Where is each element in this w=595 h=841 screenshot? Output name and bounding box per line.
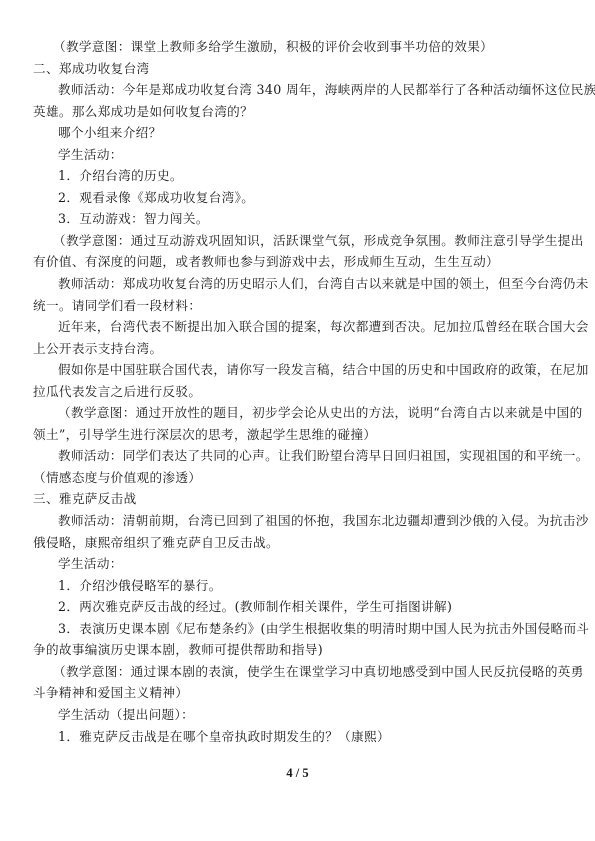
document-page: （教学意图：课堂上教师多给学生激励，积极的评价会收到事半功倍的效果） 二、郑成功… <box>0 0 595 841</box>
paragraph-line: 争的故事编演历史课本剧，教师可提供帮助和指导) <box>33 639 555 661</box>
paragraph-line: 哪个小组来介绍？ <box>33 122 555 144</box>
list-item: 3．互动游戏：智力闯关。 <box>33 208 555 230</box>
paragraph-line: 教师活动：今年是郑成功收复台湾 340 周年，海峡两岸的人民都举行了各种活动缅怀… <box>33 79 555 101</box>
list-item: 2．观看录像《郑成功收复台湾》。 <box>33 187 555 209</box>
paragraph-line: （情感态度与价值观的渗透） <box>33 467 555 489</box>
paragraph-line: 教师活动：郑成功收复台湾的历史昭示人们，台湾自古以来就是中国的领土，但至今台湾仍… <box>33 273 555 295</box>
paragraph-line: 上公开表示支持台湾。 <box>33 338 555 360</box>
list-item: 1．雅克萨反击战是在哪个皇帝执政时期发生的？（康熙） <box>33 726 555 748</box>
list-item: 1．介绍沙俄侵略军的暴行。 <box>33 575 555 597</box>
paragraph-line: 拉瓜代表发言之后进行反驳。 <box>33 381 555 403</box>
paragraph-line: 假如你是中国驻联合国代表，请你写一段发言稿，结合中国的历史和中国政府的政策，在尼… <box>33 359 555 381</box>
paragraph-line: （教学意图：通过开放性的题目，初步学会论从史出的方法，说明“台湾自古以来就是中国… <box>33 402 555 424</box>
paragraph-line: （教学意图：课堂上教师多给学生激励，积极的评价会收到事半功倍的效果） <box>33 36 555 58</box>
list-item: 2．两次雅克萨反击战的经过。(教师制作相关课件，学生可指图讲解) <box>33 596 555 618</box>
paragraph-line: 教师活动：清朝前期，台湾已回到了祖国的怀抱，我国东北边疆却遭到沙俄的入侵。为抗击… <box>33 510 555 532</box>
paragraph-line: （教学意图：通过课本剧的表演，使学生在课堂学习中真切地感受到中国人民反抗侵略的英… <box>33 661 555 683</box>
paragraph-line: 领土”，引导学生进行深层次的思考，激起学生思维的碰撞） <box>33 424 555 446</box>
paragraph-line: 统一。请同学们看一段材料： <box>33 295 555 317</box>
paragraph-line: 学生活动（提出问题）： <box>33 704 555 726</box>
paragraph-line: 英雄。那么郑成功是如何收复台湾的？ <box>33 101 555 123</box>
page-number: 4 / 5 <box>0 766 595 781</box>
section-heading: 三、雅克萨反击战 <box>33 488 555 510</box>
document-body: （教学意图：课堂上教师多给学生激励，积极的评价会收到事半功倍的效果） 二、郑成功… <box>33 36 555 747</box>
list-item: 1．介绍台湾的历史。 <box>33 165 555 187</box>
section-heading: 二、郑成功收复台湾 <box>33 58 555 80</box>
list-item: 3．表演历史课本剧《尼布楚条约》(由学生根据收集的明清时期中国人民为抗击外国侵略… <box>33 618 555 640</box>
paragraph-line: 俄侵略，康熙帝组织了雅克萨自卫反击战。 <box>33 532 555 554</box>
paragraph-line: 斗争精神和爱国主义精神） <box>33 682 555 704</box>
paragraph-line: 教师活动：同学们表达了共同的心声。让我们盼望台湾早日回归祖国，实现祖国的和平统一… <box>33 445 555 467</box>
paragraph-line: 有价值、有深度的问题，或者教师也参与到游戏中去，形成师生互动，生生互动） <box>33 251 555 273</box>
paragraph-line: 近年来，台湾代表不断提出加入联合国的提案，每次都遭到否决。尼加拉瓜曾经在联合国大… <box>33 316 555 338</box>
paragraph-line: （教学意图：通过互动游戏巩固知识，活跃课堂气氛，形成竞争氛围。教师注意引导学生提… <box>33 230 555 252</box>
paragraph-line: 学生活动： <box>33 553 555 575</box>
paragraph-line: 学生活动： <box>33 144 555 166</box>
